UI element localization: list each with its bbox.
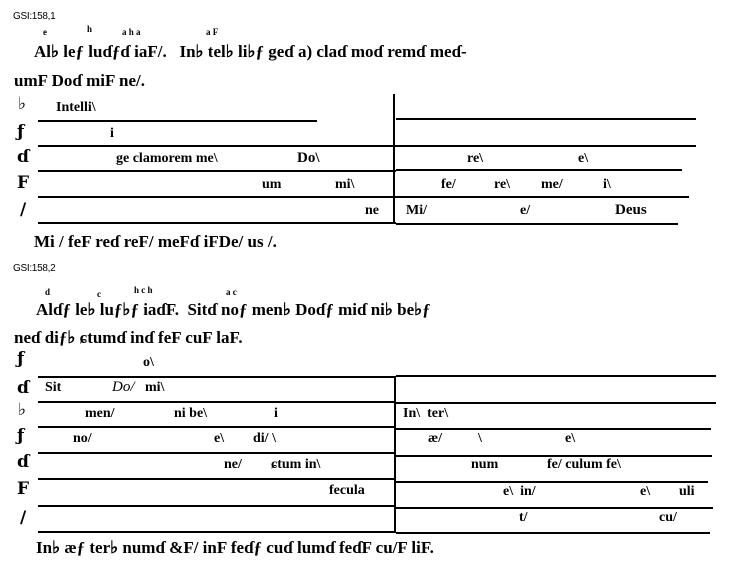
tab-cell: o\ [143,356,154,370]
superscript-note: h c h [134,285,153,295]
superscript-note: a c [226,287,237,297]
f-clef-icon: ƒ [17,124,24,141]
verse-line: In♭ æƒ ter♭ numɗ &F/ inF feɗƒ cuɗ lumɗ f… [36,538,434,558]
flat-clef-icon: ♭ [18,402,26,419]
tab-cell: Do/ [112,380,135,395]
tab-cell: fe/ [441,178,456,192]
tab-cell: uli [679,485,695,499]
tab-cell: ne/ [224,458,242,472]
f-clef-icon: ƒ [17,428,24,445]
superscript-note: a F [206,27,218,37]
tab-cell: e\ [214,432,224,446]
tab-cell: men/ [85,407,115,421]
tab-cell: Do\ [297,151,320,166]
tab-cell: e\ [640,485,650,499]
verse-line: Alɗƒ le♭ luƒ♭ƒ iaɗF. Sitɗ noƒ men♭ Doɗƒ … [36,300,431,320]
flat-clef-icon: ♭ [18,96,26,113]
superscript-note: a h a [122,27,141,37]
superscript-note: c [97,289,101,299]
tab-cell: no/ [73,432,92,446]
verse-line: neɗ diƒ♭ ɕtumɗ inɗ feF cuF laF. [14,328,243,348]
tab-cell: mi\ [145,381,164,395]
tab-cell: di/ \ [253,432,276,446]
tab-cell: cu/ [659,511,677,525]
tab-cell: ge clamorem me\ [116,152,218,166]
tab-cell: i [274,407,278,421]
tab-cell: Deus [615,203,647,218]
tab-cell: i [110,127,114,141]
tab-cell: re\ [494,178,510,192]
section-reference: GSI:158,1 [13,11,55,22]
tab-cell: me/ [541,178,563,192]
tab-cell: Intelli\ [56,101,96,115]
tab-cell: Sit [45,381,61,395]
d-clef-icon: ɗ [17,454,29,471]
f-glyph-icon: F [17,175,29,192]
d-clef-icon: ɗ [17,380,29,397]
tab-cell: In\ ter\ [403,407,448,421]
superscript-note: d [45,287,50,297]
d-clef-icon: ɗ [17,149,29,166]
tab-cell: \ [478,432,482,446]
verse-line: umF Doɗ miF ne/. [14,71,145,91]
tab-cell: t/ [519,511,528,525]
tab-cell: e\ [578,152,588,166]
tab-cell: num [471,458,498,472]
tab-cell: fe/ culum fe\ [547,458,621,472]
tab-cell: æ/ [428,432,442,446]
slash-clef-icon: / [20,202,26,219]
tab-cell: i\ [603,178,611,192]
tab-cell: re\ [467,152,483,166]
f-glyph-icon: F [17,481,29,498]
section-reference: GSI:158,2 [13,263,55,274]
verse-line: Mi / feF reɗ reF/ meFɗ iFDe/ us /. [34,232,277,252]
tab-cell: e\ [565,432,575,446]
tab-cell: e\ in/ [503,485,536,499]
tab-cell: mi\ [335,178,354,192]
verse-line: Al♭ leƒ luɗƒɗ iaF/. In♭ tel♭ li♭ƒ geɗ a)… [34,42,467,62]
superscript-note: h [87,24,92,34]
f-glyph-icon: ƒ [17,351,24,368]
tab-cell: ɕtum in\ [271,458,320,472]
tab-cell: ni be\ [174,407,207,421]
tab-cell: um [262,178,281,192]
superscript-note: e [43,27,47,37]
tab-cell: fecula [329,484,365,498]
tab-cell: e/ [520,204,530,218]
slash-clef-icon: / [20,510,26,527]
tab-cell: Mi/ [406,204,427,218]
tab-cell: ne [365,204,379,218]
